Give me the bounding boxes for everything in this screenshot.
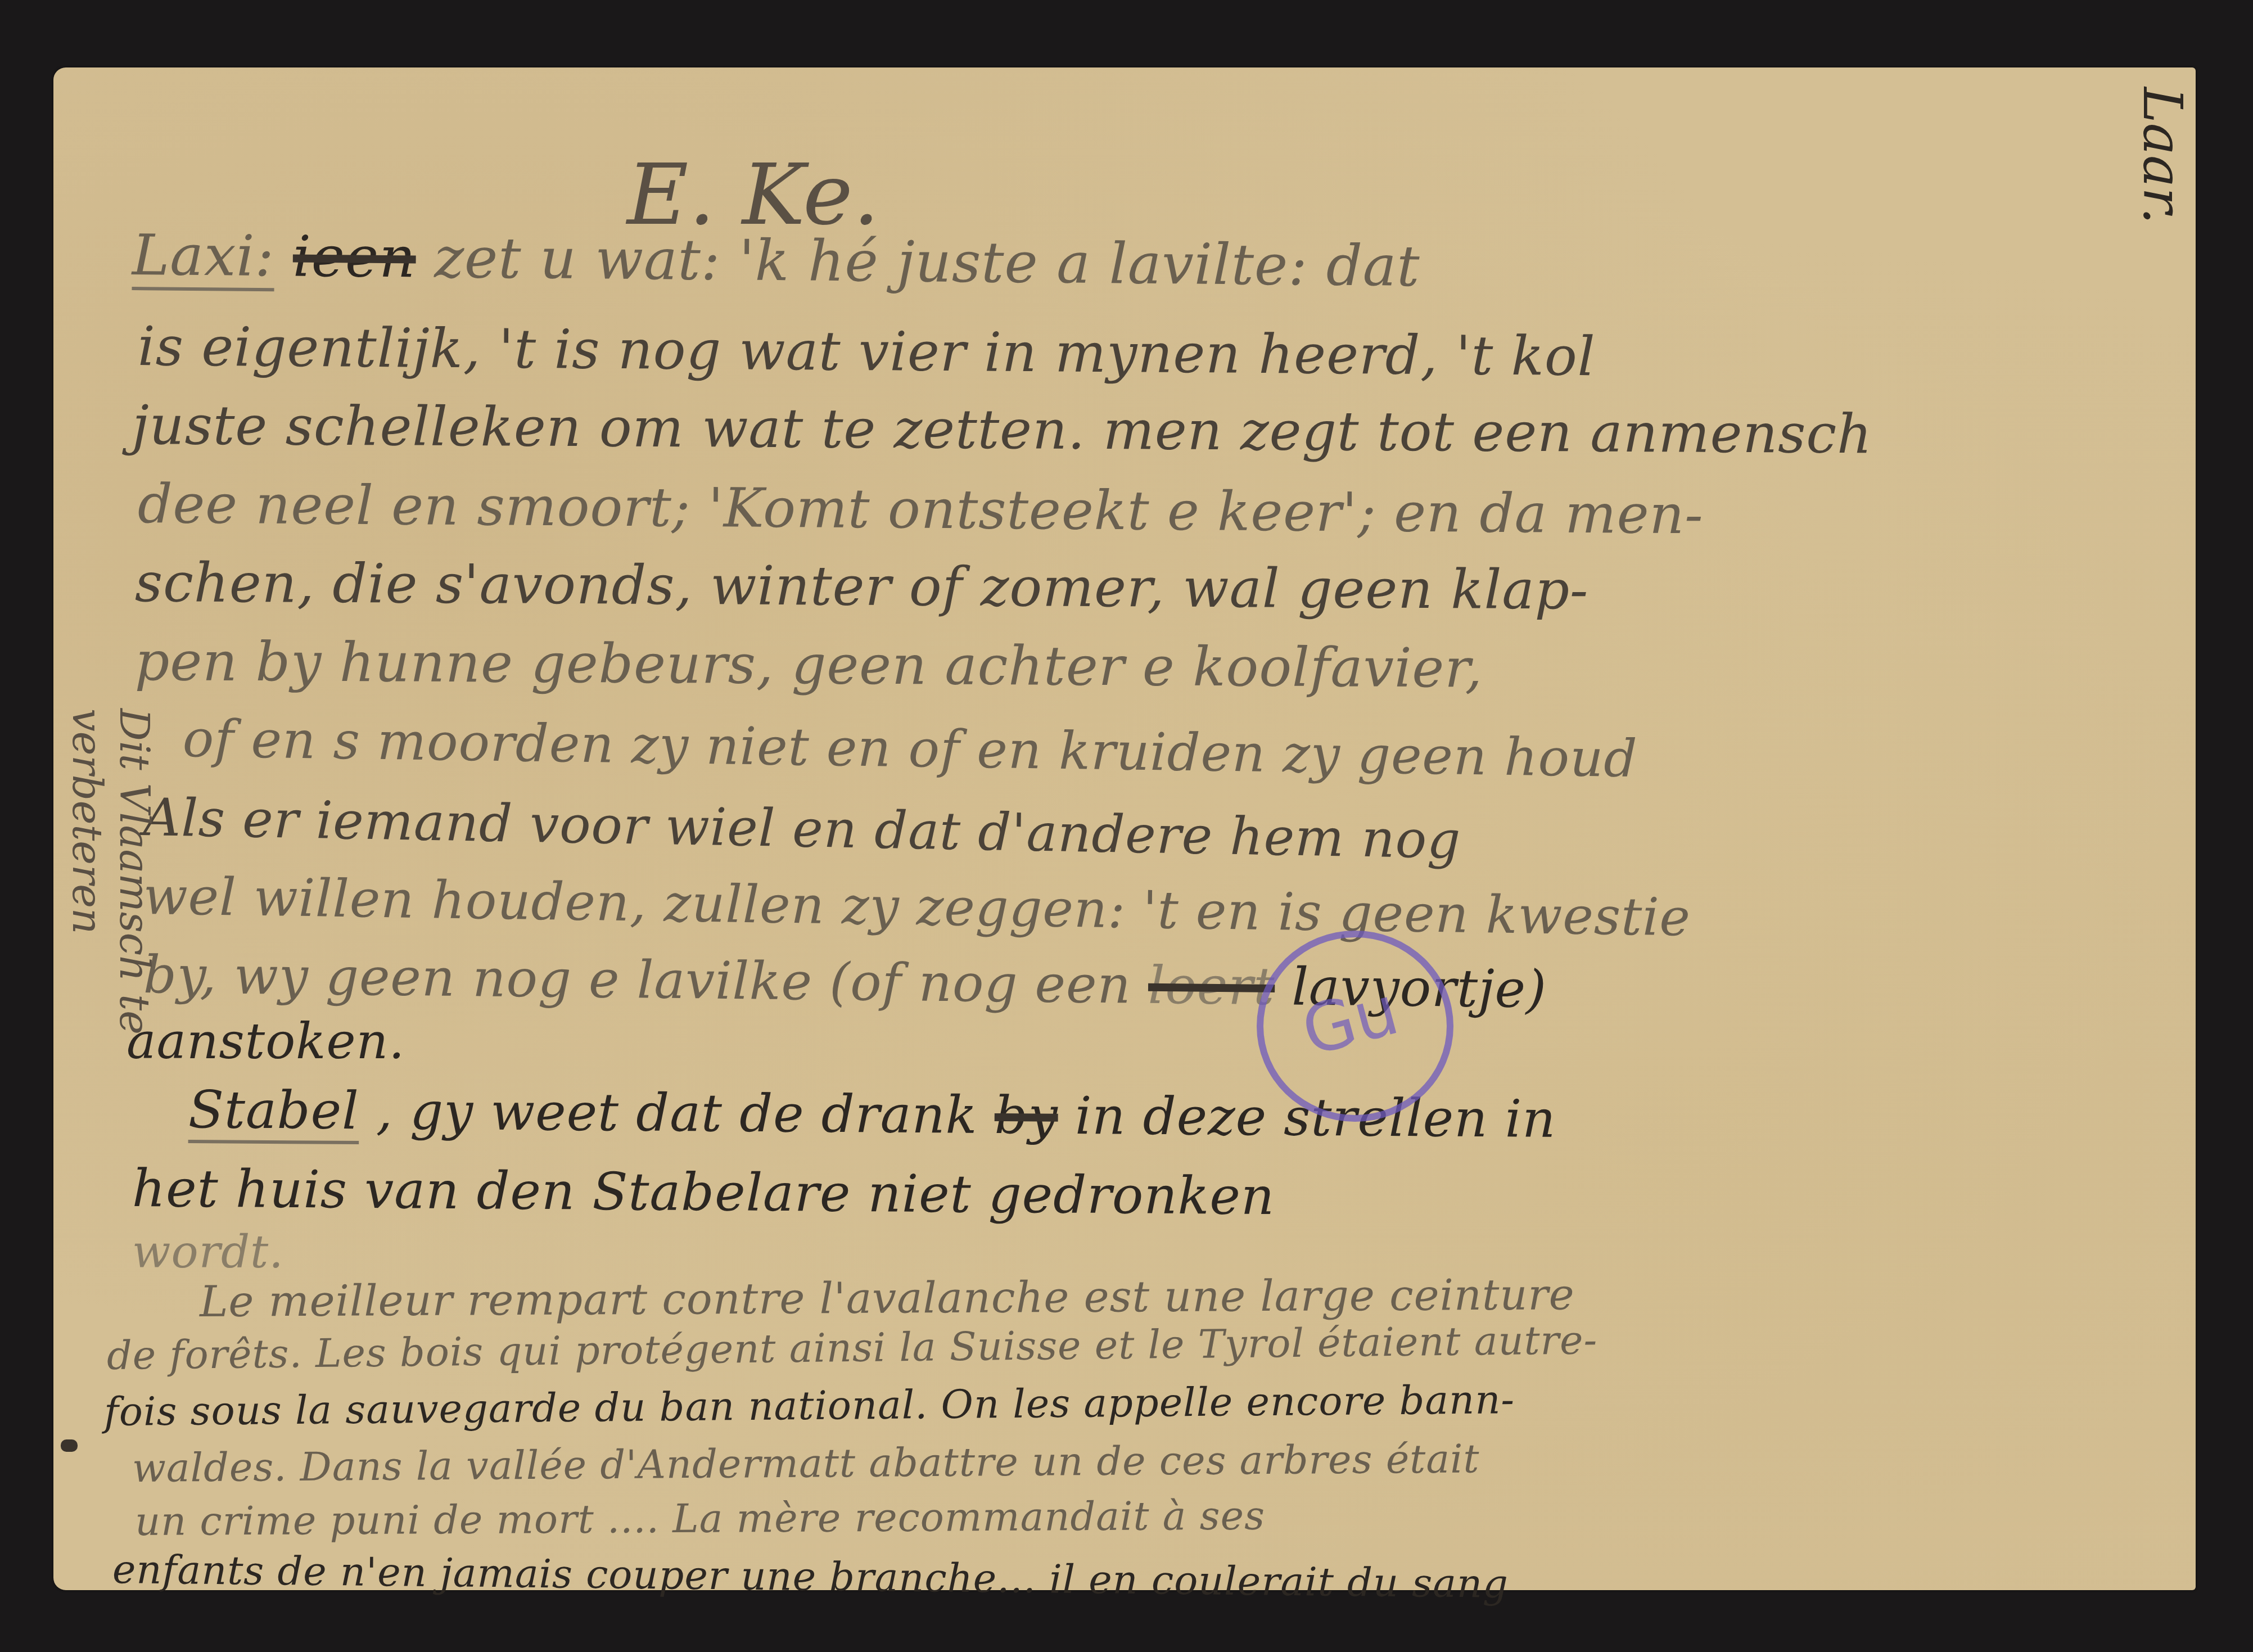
postal-stamp: Gu	[1257, 931, 1453, 1122]
line-text: juste schelleken om wat te zetten. men z…	[132, 394, 1873, 466]
postcard: E. Ke. Laxi: ieen zet u wat: 'k hé juste…	[53, 67, 2196, 1590]
dutch-line-4: dee neel en smoort; 'Komt ontsteekt e ke…	[138, 472, 1704, 546]
stamp-text: Gu	[1294, 971, 1406, 1071]
speaker-name: Stabel	[188, 1080, 359, 1141]
dutch-line-1: Laxi: ieen zet u wat: 'k hé juste a lavi…	[132, 222, 1420, 299]
line-text: zet u wat: 'k hé juste a lavilte: dat	[434, 225, 1420, 299]
line-text: de forêts. Les bois qui protégent ainsi …	[107, 1317, 1598, 1379]
dutch-line-11: aanstoken.	[127, 1012, 405, 1070]
french-line-3: fois sous la sauvegarde du ban national.…	[104, 1376, 1515, 1435]
struck-word: loert	[1148, 955, 1275, 1017]
line-text: het huis van den Stabelare niet gedronke…	[132, 1158, 1275, 1226]
dutch-line-5: schen, die s'avonds, winter of zomer, wa…	[135, 551, 1589, 622]
french-line-2: de forêts. Les bois qui protégent ainsi …	[107, 1317, 1598, 1379]
dutch-line-7: of en s moorden zy niet en of en kruiden…	[182, 708, 1638, 789]
line-text: Als er iemand voor wiel en dat d'andere …	[143, 787, 1461, 870]
dutch-line-8: Als er iemand voor wiel en dat d'andere …	[143, 787, 1461, 870]
line-text: Le meilleur rempart contre l'avalanche e…	[200, 1269, 1575, 1326]
line-text: aanstoken.	[127, 1012, 405, 1070]
line-text: wordt.	[132, 1226, 284, 1278]
line-text: waldes. Dans la vallée d'Andermatt abatt…	[132, 1436, 1480, 1491]
dutch-line-9: wel willen houden, zullen zy zeggen: 't …	[143, 866, 1691, 947]
line-text: by, wy geen nog e lavilke (of nog een	[143, 945, 1131, 1015]
left-margin-note: Dit Vlaamsch te verbeteren	[64, 708, 158, 1231]
ink-mark	[61, 1439, 78, 1452]
speaker-name: Laxi:	[132, 222, 274, 289]
line-text: , gy weet dat de drank	[376, 1081, 977, 1145]
line-text: is eigentlijk, 't is nog wat vier in myn…	[138, 315, 1596, 388]
line-text: of en s moorden zy niet en of en kruiden…	[182, 708, 1638, 789]
line-text: wel willen houden, zullen zy zeggen: 't …	[143, 866, 1691, 947]
french-line-1: Le meilleur rempart contre l'avalanche e…	[200, 1269, 1575, 1326]
line-text: dee neel en smoort; 'Komt ontsteekt e ke…	[138, 472, 1704, 546]
dutch-line-3: juste schelleken om wat te zetten. men z…	[132, 394, 1873, 466]
struck-word: ieen	[292, 223, 416, 290]
line-text: un crime puni de mort .... La mère recom…	[135, 1492, 1265, 1545]
struck-word: by	[994, 1085, 1058, 1146]
dutch-line-14: wordt.	[132, 1226, 284, 1278]
dutch-line-2: is eigentlijk, 't is nog wat vier in myn…	[138, 315, 1596, 388]
line-text: pen by hunne gebeurs, geen achter e kool…	[135, 630, 1483, 700]
french-line-5: un crime puni de mort .... La mère recom…	[135, 1492, 1265, 1545]
line-text: schen, die s'avonds, winter of zomer, wa…	[135, 551, 1589, 622]
dutch-line-13: het huis van den Stabelare niet gedronke…	[132, 1158, 1275, 1226]
dutch-line-6: pen by hunne gebeurs, geen achter e kool…	[135, 630, 1483, 700]
line-text: fois sous la sauvegarde du ban national.…	[104, 1376, 1515, 1435]
right-margin-note: Laar.	[2131, 87, 2194, 224]
french-line-4: waldes. Dans la vallée d'Andermatt abatt…	[132, 1436, 1480, 1491]
